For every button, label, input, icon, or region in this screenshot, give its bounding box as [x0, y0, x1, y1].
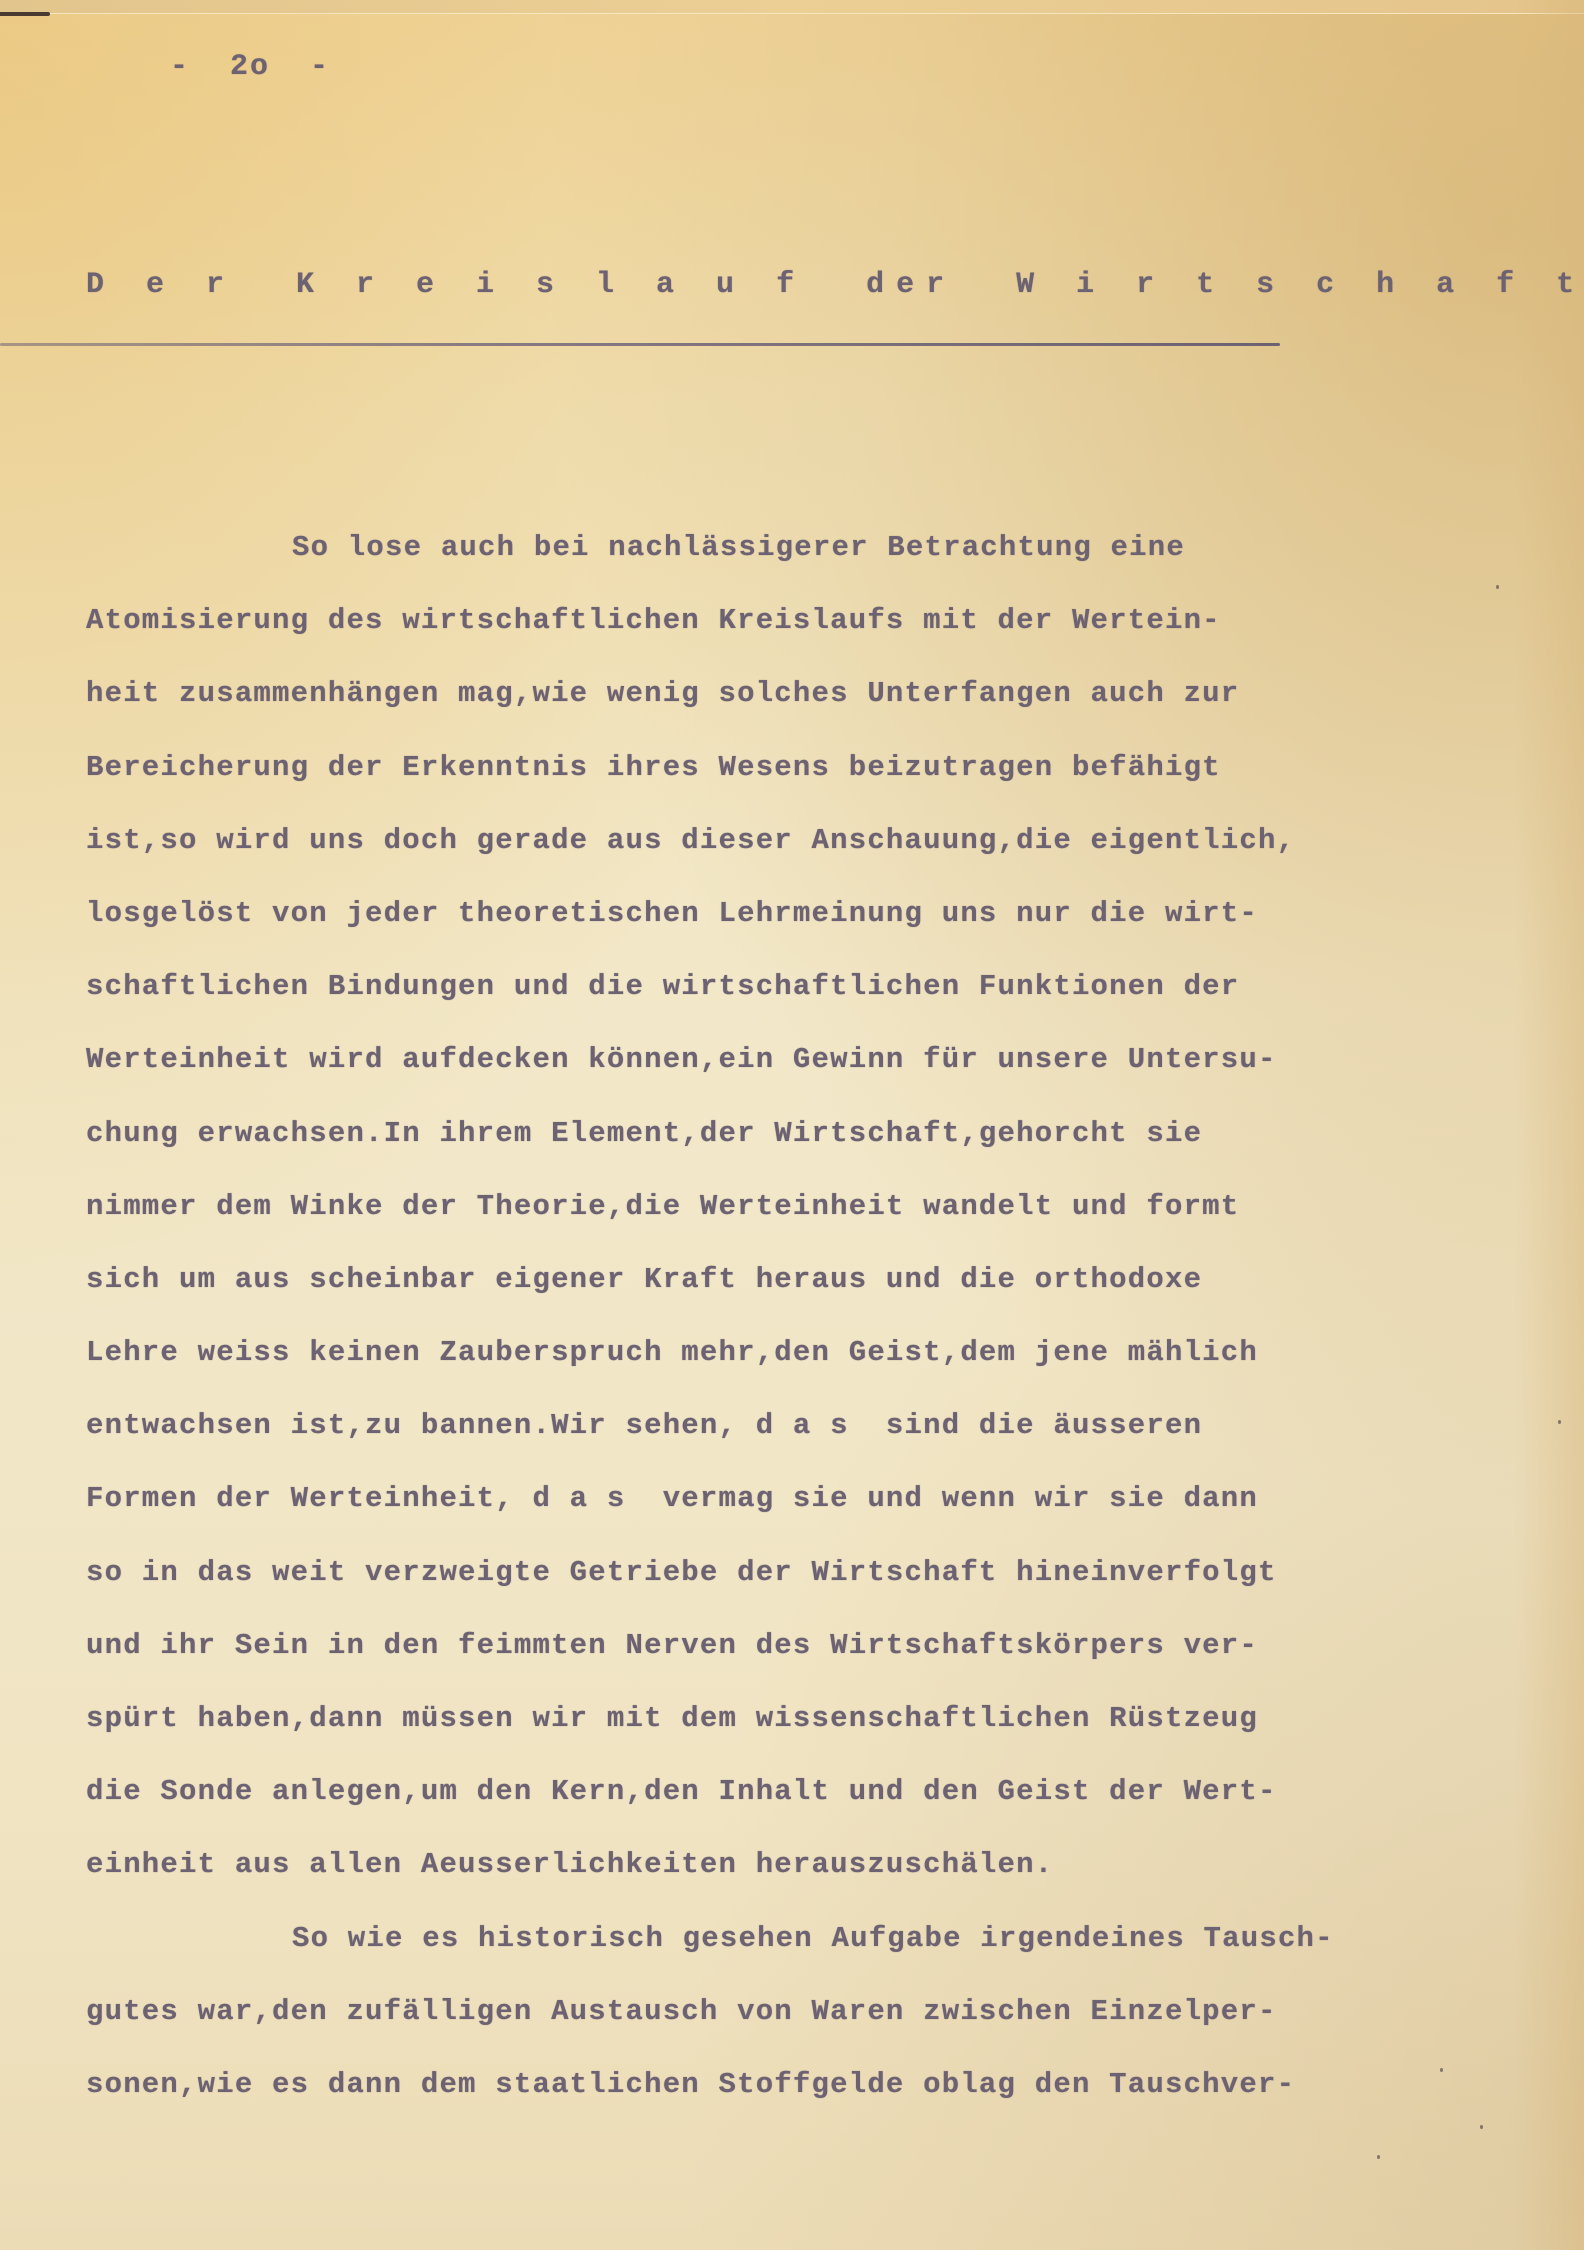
paper-page: - 2o - D e r K r e i s l a u f der W i r…	[0, 0, 1584, 2250]
text-line: Werteinheit wird aufdecken können,ein Ge…	[86, 1040, 1566, 1113]
ink-speck	[1480, 2125, 1483, 2129]
ink-speck	[1377, 2155, 1380, 2159]
text-line: spürt haben,dann müssen wir mit dem wiss…	[86, 1699, 1566, 1772]
text-line: So lose auch bei nachlässigerer Betracht…	[86, 528, 1566, 601]
text-line: sonen,wie es dann dem staatlichen Stoffg…	[86, 2065, 1566, 2138]
text-line: chung erwachsen.In ihrem Element,der Wir…	[86, 1114, 1566, 1187]
text-line: entwachsen ist,zu bannen.Wir sehen, d a …	[86, 1406, 1566, 1479]
text-line: Atomisierung des wirtschaftlichen Kreisl…	[86, 601, 1566, 674]
text-line: die Sonde anlegen,um den Kern,den Inhalt…	[86, 1772, 1566, 1845]
text-line: und ihr Sein in den feimmten Nerven des …	[86, 1626, 1566, 1699]
text-line: gutes war,den zufälligen Austausch von W…	[86, 1992, 1566, 2065]
text-line: Bereicherung der Erkenntnis ihres Wesens…	[86, 748, 1566, 821]
document-title: D e r K r e i s l a u f der W i r t s c …	[86, 268, 1584, 302]
scan-edge-mark	[0, 12, 50, 16]
scan-top-edge	[0, 0, 1584, 14]
text-line: sich um aus scheinbar eigener Kraft hera…	[86, 1260, 1566, 1333]
text-line: schaftlichen Bindungen und die wirtschaf…	[86, 967, 1566, 1040]
text-line: So wie es historisch gesehen Aufgabe irg…	[86, 1919, 1566, 1992]
text-line: Formen der Werteinheit, d a s vermag sie…	[86, 1479, 1566, 1552]
ink-speck	[1440, 2068, 1443, 2072]
text-line: nimmer dem Winke der Theorie,die Wertein…	[86, 1187, 1566, 1260]
text-line: ist,so wird uns doch gerade aus dieser A…	[86, 821, 1566, 894]
page-number: - 2o -	[170, 50, 330, 84]
text-line: einheit aus allen Aeusserlichkeiten hera…	[86, 1845, 1566, 1918]
ink-speck	[1558, 1420, 1561, 1424]
text-line: losgelöst von jeder theoretischen Lehrme…	[86, 894, 1566, 967]
text-line: Lehre weiss keinen Zauberspruch mehr,den…	[86, 1333, 1566, 1406]
typewritten-body: So lose auch bei nachlässigerer Betracht…	[86, 528, 1566, 2138]
text-line: so in das weit verzweigte Getriebe der W…	[86, 1553, 1566, 1626]
title-underline	[0, 343, 1280, 346]
text-line: heit zusammenhängen mag,wie wenig solche…	[86, 674, 1566, 747]
ink-speck	[1496, 585, 1499, 589]
